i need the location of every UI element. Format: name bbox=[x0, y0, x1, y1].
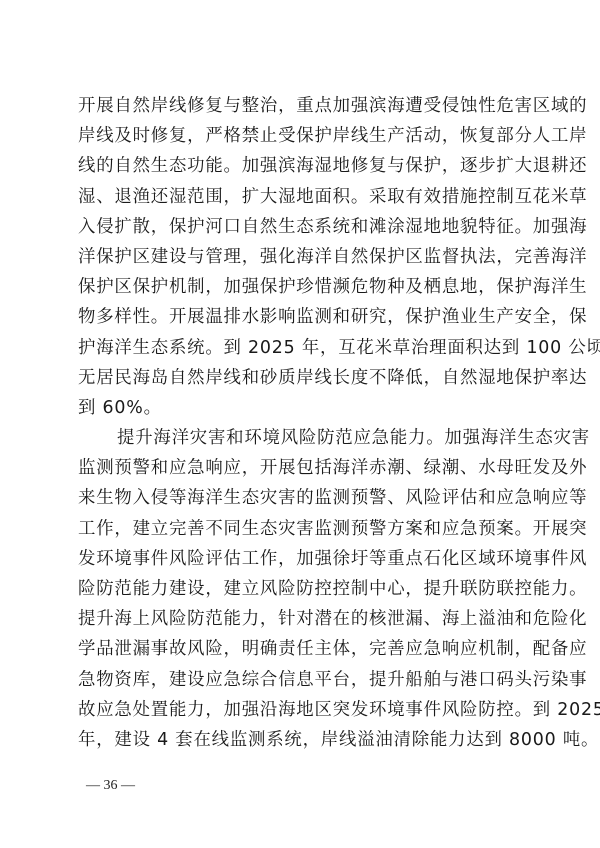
text-line: 提升海上风险防范能力，针对潜在的核泄漏、海上溢油和危险化 bbox=[78, 604, 524, 634]
text-line: 岸线及时修复，严格禁止受保护岸线生产活动，恢复部分人工岸 bbox=[78, 121, 524, 151]
text-line: 年，建设 4 套在线监测系统，岸线溢油清除能力达到 8000 吨。 bbox=[78, 725, 524, 755]
document-page: 开展自然岸线修复与整治，重点加强滨海遭受侵蚀性危害区域的 岸线及时修复，严格禁止… bbox=[0, 0, 600, 848]
text-line: 开展自然岸线修复与整治，重点加强滨海遭受侵蚀性危害区域的 bbox=[78, 91, 524, 121]
text-line: 湿、退渔还湿范围，扩大湿地面积。采取有效措施控制互花米草 bbox=[78, 182, 524, 212]
text-line: 学品泄漏事故风险，明确责任主体，完善应急响应机制，配备应 bbox=[78, 634, 524, 664]
text-line: 险防范能力建设，建立风险防控控制中心，提升联防联控能力。 bbox=[78, 574, 524, 604]
text-line: 提升海洋灾害和环境风险防范应急能力。加强海洋生态灾害 bbox=[78, 423, 524, 453]
text-line: 保护区保护机制，加强保护珍惜濒危物种及栖息地，保护海洋生 bbox=[78, 272, 524, 302]
text-line: 工作，建立完善不同生态灾害监测预警方案和应急预案。开展突 bbox=[78, 514, 524, 544]
text-line: 入侵扩散，保护河口自然生态系统和滩涂湿地地貌特征。加强海 bbox=[78, 212, 524, 242]
text-line: 护海洋生态系统。到 2025 年，互花米草治理面积达到 100 公顷， bbox=[78, 333, 524, 363]
body-text: 开展自然岸线修复与整治，重点加强滨海遭受侵蚀性危害区域的 岸线及时修复，严格禁止… bbox=[78, 91, 524, 755]
text-line: 来生物入侵等海洋生态灾害的监测预警、风险评估和应急响应等 bbox=[78, 483, 524, 513]
text-line: 急物资库，建设应急综合信息平台，提升船舶与港口码头污染事 bbox=[78, 665, 524, 695]
text-line: 洋保护区建设与管理，强化海洋自然保护区监督执法，完善海洋 bbox=[78, 242, 524, 272]
text-line: 监测预警和应急响应，开展包括海洋赤潮、绿潮、水母旺发及外 bbox=[78, 453, 524, 483]
page-number: — 36 — bbox=[86, 778, 135, 794]
text-line: 故应急处置能力，加强沿海地区突发环境事件风险防控。到 2025 bbox=[78, 695, 524, 725]
text-line: 发环境事件风险评估工作，加强徐圩等重点石化区域环境事件风 bbox=[78, 544, 524, 574]
text-line: 线的自然生态功能。加强滨海湿地修复与保护，逐步扩大退耕还 bbox=[78, 151, 524, 181]
text-line: 到 60%。 bbox=[78, 393, 524, 423]
paragraph-1: 开展自然岸线修复与整治，重点加强滨海遭受侵蚀性危害区域的 岸线及时修复，严格禁止… bbox=[78, 91, 524, 423]
paragraph-2: 提升海洋灾害和环境风险防范应急能力。加强海洋生态灾害 监测预警和应急响应，开展包… bbox=[78, 423, 524, 755]
text-line: 无居民海岛自然岸线和砂质岸线长度不降低，自然湿地保护率达 bbox=[78, 363, 524, 393]
text-line: 物多样性。开展温排水影响监测和研究，保护渔业生产安全，保 bbox=[78, 302, 524, 332]
